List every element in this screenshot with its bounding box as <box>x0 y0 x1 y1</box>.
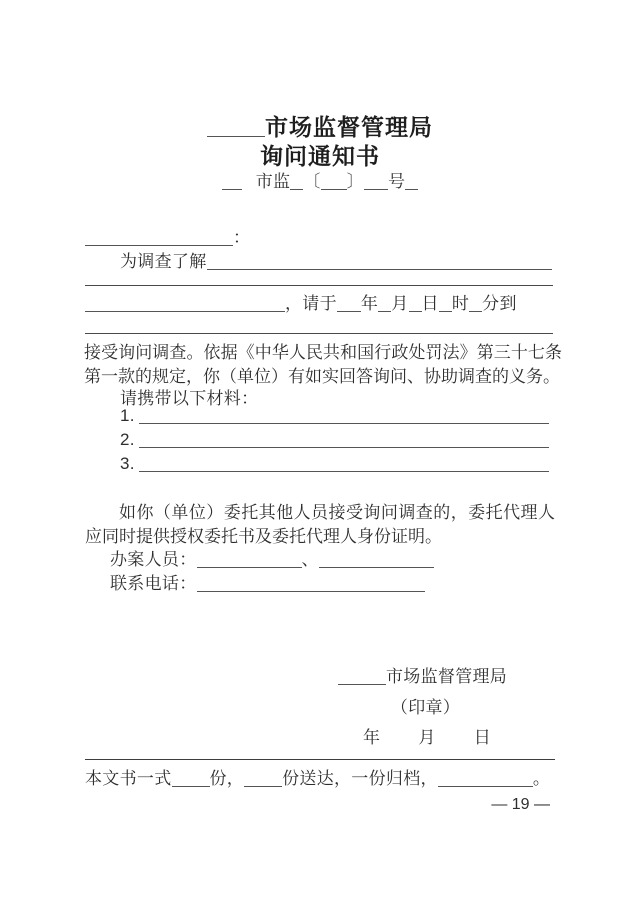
enum-separator: 、 <box>302 550 319 569</box>
doc-title: 询问通知书 <box>0 144 640 170</box>
serve-count-blank <box>244 770 282 787</box>
purpose-blank <box>207 253 552 270</box>
doc-number-blank-4 <box>364 173 388 190</box>
copies-serve: 份送达，一份归档， <box>282 769 438 788</box>
item-blank-2 <box>139 431 549 448</box>
footer-rule <box>85 759 555 760</box>
officer-blank-1 <box>197 551 302 568</box>
minute-to-label: 分到 <box>482 294 517 313</box>
signature-agency: 市场监督管理局 <box>386 667 507 686</box>
signature-date-line: 年月日 <box>363 728 491 748</box>
doc-number-blank-1 <box>222 173 242 190</box>
minute-blank <box>469 295 482 312</box>
signature-agency-blank <box>338 668 386 685</box>
signature-year-label: 年 <box>363 728 380 748</box>
month-label: 月 <box>391 294 408 313</box>
appointment-lead: ，请于 <box>285 294 337 313</box>
addressee-colon: ： <box>233 228 250 247</box>
item-number-2: 2. <box>120 430 135 449</box>
addressee-line: ： <box>85 228 250 248</box>
material-item-3: 3. <box>120 454 549 474</box>
investigation-purpose-label: 为调查了解 <box>120 252 207 271</box>
year-label: 年 <box>361 294 378 313</box>
continuation-blank-line-2 <box>85 333 553 334</box>
item-number-1: 1. <box>120 406 135 425</box>
agency-title-line: 市场监督管理局 <box>0 115 640 141</box>
agency-name-blank <box>207 120 265 137</box>
day-label: 日 <box>422 294 439 313</box>
case-officer-line: 办案人员：、 <box>110 550 434 570</box>
signature-agency-line: 市场监督管理局 <box>338 667 507 687</box>
phone-label: 联系电话： <box>110 574 197 593</box>
hour-label: 时 <box>452 294 469 313</box>
item-blank-1 <box>139 407 549 424</box>
appointment-blank <box>85 295 285 312</box>
item-number-3: 3. <box>120 454 135 473</box>
doc-number-blank-2 <box>290 173 303 190</box>
copies-unit: 份， <box>210 769 245 788</box>
distribution-period: 。 <box>533 769 550 788</box>
copies-count-blank <box>172 770 210 787</box>
doc-number-blank-3 <box>321 173 347 190</box>
material-item-1: 1. <box>120 406 549 426</box>
case-officer-label: 办案人员： <box>110 550 197 569</box>
year-blank <box>337 295 361 312</box>
document-page: 市场监督管理局 询问通知书 市监〔〕号 ： 为调查了解 ，请于年月日时分到 接受… <box>0 0 640 898</box>
legal-basis-paragraph: 接受询问调查。依据《中华人民共和国行政处罚法》第三十七条第一款的规定，你（单位）… <box>84 341 562 388</box>
hour-blank <box>439 295 452 312</box>
addressee-blank <box>85 229 233 246</box>
material-item-2: 2. <box>120 430 549 450</box>
doc-number-bracket-close: 〕 <box>347 172 364 191</box>
page-number: — 19 — <box>460 795 550 815</box>
doc-number-bracket-open: 〔 <box>303 172 320 191</box>
signature-day-label: 日 <box>474 728 491 748</box>
continuation-blank-line-1 <box>85 285 553 286</box>
delegate-notice-paragraph: 如你（单位）委托其他人员接受询问调查的，委托代理人应同时提供授权委托书及委托代理… <box>85 501 555 548</box>
appointment-line: ，请于年月日时分到 <box>85 294 517 314</box>
signature-month-label: 月 <box>418 728 435 748</box>
doc-number-prefix: 市监 <box>256 172 291 191</box>
archive-blank <box>438 770 533 787</box>
day-blank <box>409 295 422 312</box>
agency-title: 市场监督管理局 <box>265 115 433 140</box>
distribution-line: 本文书一式份，份送达，一份归档，。 <box>85 769 550 789</box>
month-blank <box>378 295 391 312</box>
doc-number-blank-5 <box>405 173 418 190</box>
doc-number-line: 市监〔〕号 <box>0 172 640 192</box>
officer-blank-2 <box>319 551 434 568</box>
investigation-purpose-line: 为调查了解 <box>120 252 552 272</box>
phone-line: 联系电话： <box>110 574 425 594</box>
phone-blank <box>197 575 425 592</box>
doc-number-suffix: 号 <box>388 172 405 191</box>
copies-lead: 本文书一式 <box>85 769 172 788</box>
item-blank-3 <box>139 455 549 472</box>
seal-label: （印章） <box>338 698 513 718</box>
